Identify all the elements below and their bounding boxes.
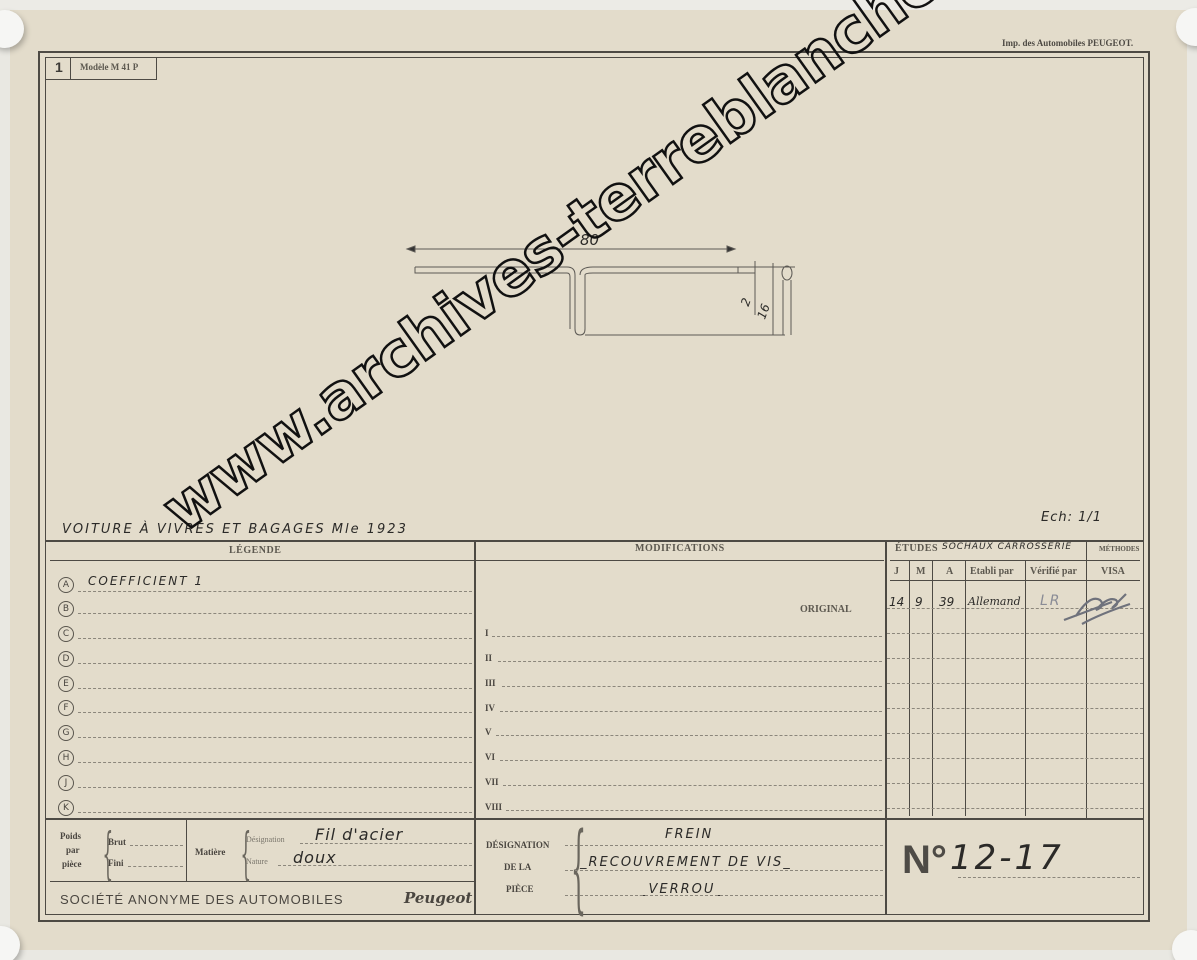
part-label-3: PIÈCE: [506, 884, 534, 894]
weight-label-3: pièce: [62, 859, 82, 869]
sheet-number: 1: [55, 59, 63, 75]
legend-letter-c: C: [58, 626, 74, 642]
part-underline-3: [565, 895, 883, 896]
etudes-row-line: [887, 783, 1143, 784]
inner-border-top: [45, 57, 1143, 58]
legend-letter-k: K: [58, 800, 74, 816]
mod-row-label-5: V: [485, 727, 492, 737]
fini-line: [128, 866, 183, 867]
scanner-top-edge: [0, 0, 1197, 10]
inner-border-bottom: [45, 914, 1143, 915]
legend-line-d: [78, 663, 472, 664]
etudes-methodes-divider: [1086, 540, 1087, 818]
mod-row-label-2: II: [485, 653, 492, 663]
dim-height: 16: [754, 302, 773, 321]
etudes-columns-bottom: [890, 580, 1140, 581]
col-visa: VISA: [1101, 566, 1125, 577]
methodes-header: MÉTHODES: [1099, 545, 1139, 553]
header-row-bottom: [50, 560, 884, 561]
legend-line-h: [78, 762, 472, 763]
brut-line: [130, 845, 183, 846]
legend-line-k: [78, 812, 472, 813]
legend-letter-b: B: [58, 601, 74, 617]
mod-row-label-4: IV: [485, 703, 495, 713]
etudes-header-bottom: [890, 560, 1140, 561]
legend-line-a: [78, 591, 472, 592]
dim-thickness: 2: [738, 296, 754, 308]
etudes-row-line: [887, 708, 1143, 709]
part-underline-1: [565, 845, 883, 846]
mod-row-line-2: [498, 661, 882, 662]
designation-label: Désignation: [246, 835, 285, 844]
mod-row-label-6: VI: [485, 752, 495, 762]
part-underline-2: [565, 870, 883, 871]
legend-line-c: [78, 638, 472, 639]
model-box: 1 Modèle M 41 P: [45, 57, 157, 80]
sheet-number-divider: [70, 57, 71, 79]
vehicle-title: VOITURE À VIVRES ET BAGAGES Mle 1923: [62, 522, 408, 537]
legend-letter-a: A: [58, 577, 74, 593]
legend-letter-g: G: [58, 725, 74, 741]
etudes-row-line: [887, 808, 1143, 809]
mod-row-line-6: [500, 760, 882, 761]
brace-weight: {: [102, 822, 113, 887]
legend-line-b: [78, 613, 472, 614]
legend-right-divider: [474, 540, 476, 915]
entry-day: 14: [889, 595, 904, 609]
brut-label: Brut: [108, 837, 126, 847]
company-name: SOCIÉTÉ ANONYME DES AUTOMOBILES: [60, 892, 344, 907]
nature-value: doux: [293, 848, 337, 867]
etudes-col-div-1: [909, 561, 910, 816]
entry-etabli-par: Allemand: [968, 595, 1021, 608]
legend-line-g: [78, 737, 472, 738]
etudes-col-div-4: [1025, 561, 1026, 816]
etudes-row-line: [887, 733, 1143, 734]
mod-row-line-7: [503, 785, 882, 786]
weight-material-divider: [186, 820, 187, 881]
mod-row-line-4: [500, 711, 882, 712]
etudes-department: SOCHAUX CARROSSERIE: [942, 542, 1072, 552]
outer-border-right: [1148, 51, 1150, 922]
legend-letter-e: E: [58, 676, 74, 692]
mod-row-line-1: [492, 636, 882, 637]
legend-letter-d: D: [58, 651, 74, 667]
model-label: Modèle M 41 P: [80, 62, 138, 72]
weight-label-1: Poids: [60, 831, 81, 841]
designation-value: Fil d'acier: [315, 825, 403, 844]
part-number-prefix: N°: [902, 838, 947, 883]
mod-row-label-7: VII: [485, 777, 499, 787]
part-line-1: FREIN: [665, 827, 713, 842]
outer-border-top: [38, 51, 1150, 53]
col-j: J: [894, 566, 899, 577]
col-etabli-par: Etabli par: [970, 566, 1014, 577]
modifications-header: MODIFICATIONS: [635, 543, 725, 554]
legend-header: LÉGENDE: [229, 545, 281, 556]
weight-bottom: [50, 881, 474, 882]
entry-verifie-par: LR: [1040, 593, 1062, 609]
weight-label-2: par: [66, 845, 80, 855]
part-number-value: 12-17: [950, 838, 1064, 878]
etudes-row-line: [887, 658, 1143, 659]
material-label: Matière: [195, 847, 225, 857]
etudes-col-div-3: [965, 561, 966, 816]
visa-signature: [1060, 586, 1135, 628]
mod-row-line-8: [506, 810, 882, 811]
part-label-2: DE LA: [504, 862, 531, 872]
brace-material: {: [240, 822, 251, 887]
etudes-row-line: [887, 633, 1143, 634]
part-number-line: [958, 877, 1140, 878]
legend-letter-j: J: [58, 775, 74, 791]
legend-letter-h: H: [58, 750, 74, 766]
col-m: M: [916, 566, 925, 577]
etudes-col-div-2: [932, 561, 933, 816]
printer-credit: Imp. des Automobiles PEUGEOT.: [1002, 38, 1133, 48]
etudes-row-line: [887, 683, 1143, 684]
legend-letter-f: F: [58, 700, 74, 716]
scale-label: Ech: 1/1: [1041, 510, 1102, 525]
part-line-2: _RECOUVREMENT DE VIS_: [580, 855, 792, 870]
legend-line-j: [78, 787, 472, 788]
legend-line-f: [78, 712, 472, 713]
col-verifie-par: Vérifié par: [1030, 566, 1077, 577]
entry-year: 39: [939, 595, 954, 609]
inner-border-right: [1143, 57, 1144, 915]
etudes-header: ÉTUDES: [895, 543, 938, 554]
company-brand-logo: Peugeot: [404, 889, 472, 907]
mod-row-label-1: I: [485, 628, 489, 638]
inner-border-left: [45, 57, 46, 915]
part-label-1: DÉSIGNATION: [486, 840, 549, 850]
mod-row-line-3: [502, 686, 882, 687]
modifications-right-divider: [885, 540, 887, 915]
legend-line-e: [78, 688, 472, 689]
nature-label: Nature: [246, 857, 268, 866]
legend-value-a: COEFFICIENT 1: [88, 574, 204, 588]
fini-label: Fini: [108, 858, 124, 868]
etudes-row-line: [887, 758, 1143, 759]
mod-row-line-5: [496, 735, 882, 736]
legend-bottom: [45, 818, 1143, 820]
col-a: A: [946, 566, 953, 577]
mod-row-label-3: III: [485, 678, 496, 688]
outer-border-bottom: [38, 920, 1150, 922]
entry-month: 9: [915, 595, 923, 609]
outer-border-left: [38, 51, 40, 922]
original-label: ORIGINAL: [800, 604, 852, 615]
mod-row-label-8: VIII: [485, 802, 502, 812]
